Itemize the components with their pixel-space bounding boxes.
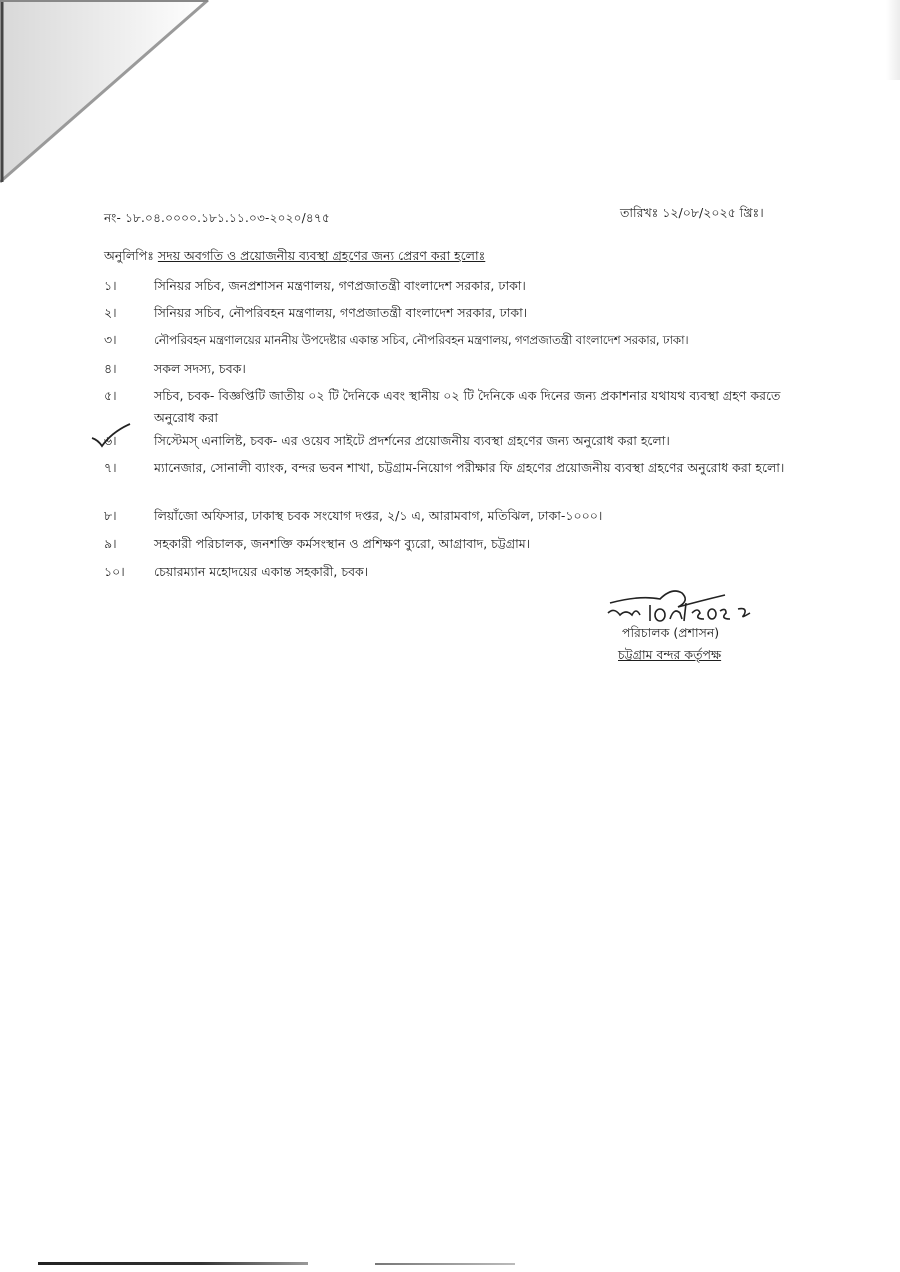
item-number: ৬। (104, 430, 144, 452)
item-text: লিয়াঁজো অফিসার, ঢাকাস্থ চবক সংযোগ দপ্তর… (154, 505, 794, 527)
scan-edge-artifact (38, 1262, 308, 1265)
cc-instruction: সদয় অবগতি ও প্রয়োজনীয় ব্যবস্থা গ্রহণে… (158, 248, 485, 263)
item-number: ১। (104, 275, 144, 297)
signatory-title: পরিচালক (প্রশাসন) (622, 625, 719, 645)
handwritten-signature: ১২/০৮/২০২৫ (600, 585, 770, 627)
item-text: সকল সদস্য, চবক। (154, 358, 794, 380)
item-text: সিনিয়র সচিব, জনপ্রশাসন মন্ত্রণালয়, গণপ… (154, 275, 794, 297)
page-edge-artifact (886, 0, 900, 80)
item-number: ৭। (104, 457, 144, 479)
item-text: সচিব, চবক- বিজ্ঞপ্তিটি জাতীয় ০২ টি দৈনি… (154, 385, 794, 429)
item-number: ৮। (104, 505, 144, 527)
item-text: চেয়ারম্যান মহোদয়ের একান্ত সহকারী, চবক। (154, 561, 794, 583)
scan-edge-artifact (375, 1263, 515, 1265)
item-number: ১০। (104, 561, 144, 583)
cc-heading: অনুলিপিঃ সদয় অবগতি ও প্রয়োজনীয় ব্যবস্… (104, 248, 485, 268)
cc-label: অনুলিপিঃ (104, 248, 154, 263)
item-number: ২। (104, 302, 144, 324)
item-text: সহকারী পরিচালক, জনশক্তি কর্মসংস্থান ও প্… (154, 533, 794, 555)
signatory-organization: চট্টগ্রাম বন্দর কর্তৃপক্ষ (618, 647, 721, 667)
item-text: নৌপরিবহন মন্ত্রণালয়ের মাননীয় উপদেষ্টার… (154, 329, 794, 351)
item-text: সিস্টেমস্ এনালিষ্ট, চবক- এর ওয়েব সাইটে … (154, 430, 794, 452)
reference-number: নং- ১৮.০৪.০০০০.১৮১.১১.০৩-২০২০/৪৭৫ (104, 210, 330, 230)
item-text: ম্যানেজার, সোনালী ব্যাংক, বন্দর ভবন শাখা… (154, 457, 794, 479)
item-number: ৩। (104, 329, 144, 351)
item-number: ৯। (104, 533, 144, 555)
folded-corner-artifact (0, 0, 210, 185)
item-number: ৪। (104, 358, 144, 380)
item-text: সিনিয়র সচিব, নৌপরিবহন মন্ত্রণালয়, গণপ্… (154, 302, 794, 324)
item-number: ৫। (104, 385, 144, 407)
document-date: তারিখঃ ১২/০৮/২০২৫ খ্রিঃ। (620, 205, 764, 225)
